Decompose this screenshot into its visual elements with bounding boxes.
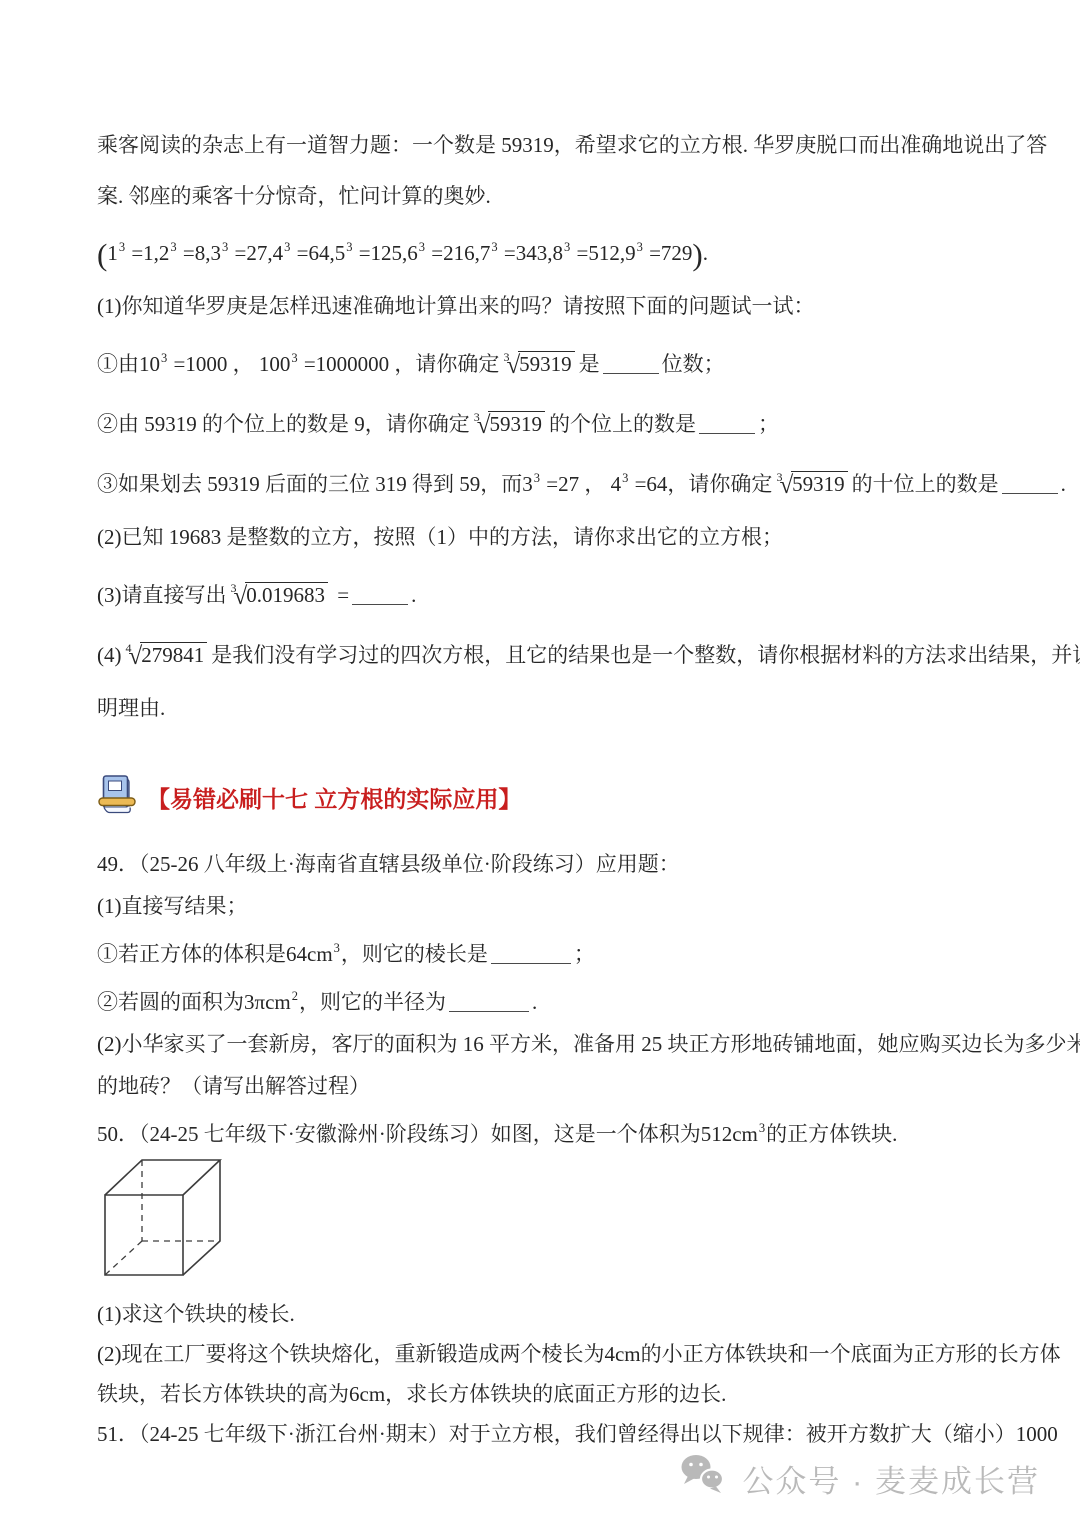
text-run: =1000 ， 100 (168, 352, 290, 376)
p49-q1-item1: ①若正方体的体积是64cm3，则它的棱长是； (97, 933, 990, 969)
radicand: 59319 (791, 471, 848, 496)
exponent: 3 (284, 240, 290, 254)
text-run: 明理由. (97, 696, 165, 720)
p49-q2-line-2: 的地砖？（请写出解答过程） (97, 1071, 990, 1101)
p50-q2-line-2: 铁块，若长方体铁块的高为6cm，求长方体铁块的底面正方形的边长. (97, 1379, 990, 1409)
text-run: 的地砖？（请写出解答过程） (97, 1074, 370, 1098)
radicand: 279841 (140, 642, 207, 667)
text-run: =27,4 (229, 241, 283, 265)
problem-49-block: 49．（25-26 八年级上·海南省直辖县级单位·阶段练习）应用题：(1)直接写… (97, 849, 990, 1101)
wechat-icon (678, 1453, 728, 1503)
p48-q4-line-1: (4)4√279841是我们没有学习过的四次方根，且它的结果也是一个整数，请你根… (97, 633, 990, 672)
big-paren: ) (692, 237, 702, 272)
text-run: 位数； (662, 352, 725, 376)
text-run: = (332, 583, 349, 607)
cube-figure (97, 1153, 257, 1287)
text-run: =512,9 (571, 241, 635, 265)
text-run: . (532, 990, 537, 1014)
p48-q1-step3: ③如果划去 59319 后面的三位 319 得到 59，而33 =27 ， 43… (97, 462, 990, 501)
text-run: 乘客阅读的杂志上有一道智力题：一个数是 59319，希望求它的立方根. 华罗庚脱… (97, 133, 1047, 157)
answer-blank (352, 586, 408, 605)
text-run: (2)已知 19683 是整数的立方，按照（1）中的方法，请你求出它的立方根； (97, 525, 783, 549)
text-run: =125,6 (353, 241, 417, 265)
exponent: 3 (291, 351, 297, 365)
p48-q3: (3)请直接写出3√0.019683 =. (97, 573, 990, 612)
text-run: ，则它的半径为 (299, 990, 446, 1014)
exponent: 3 (534, 471, 540, 485)
exponent: 3 (637, 240, 643, 254)
radical-expression: 3√59319 (776, 462, 847, 501)
text-run: (2)小华家买了一套新房，客厅的面积为 16 平方米，准备用 25 块正方形地砖… (97, 1032, 1080, 1056)
p51-head: 51．（24-25 七年级下·浙江台州·期末）对于立方根，我们曾经得出以下规律：… (97, 1419, 990, 1449)
text-run: =1,2 (126, 241, 169, 265)
exponent: 3 (564, 240, 570, 254)
exponent: 3 (222, 240, 228, 254)
p49-q1-item2: ②若圆的面积为3πcm2，则它的半径为. (97, 981, 990, 1017)
answer-blank (1002, 475, 1058, 494)
p48-intro-line-2: 案. 邻座的乘客十分惊奇，忙问计算的奥妙. (97, 181, 990, 211)
exponent: 3 (419, 240, 425, 254)
text-run: ③如果划去 59319 后面的三位 319 得到 59，而3 (97, 472, 533, 496)
problem-50-body-block: (1)求这个铁块的棱长.(2)现在工厂要将这个铁块熔化，重新锻造成两个棱长为4c… (97, 1299, 990, 1409)
exponent: 3 (119, 240, 125, 254)
problem-50-head-block: 50．（24-25 七年级下·安徽滁州·阶段练习）如图，这是一个体积为512cm… (97, 1113, 990, 1149)
exponent: 3 (346, 240, 352, 254)
p48-q1-step1: ①由103 =1000 ， 1003 =1000000 ，请你确定3√59319… (97, 342, 990, 381)
text-run: (1)你知道华罗庚是怎样迅速准确地计算出来的吗？请按照下面的问题试一试： (97, 294, 814, 318)
text-run: =27 ， 4 (541, 472, 621, 496)
book-icon (97, 773, 137, 821)
text-run: 是 (579, 352, 600, 376)
p48-q1: (1)你知道华罗庚是怎样迅速准确地计算出来的吗？请按照下面的问题试一试： (97, 291, 990, 321)
text-run: . (411, 583, 416, 607)
p48-q2: (2)已知 19683 是整数的立方，按照（1）中的方法，请你求出它的立方根； (97, 522, 990, 552)
text-run: 是我们没有学习过的四次方根，且它的结果也是一个整数，请你根据材料的方法求出结果，… (211, 643, 1080, 667)
text-run: (3)请直接写出 (97, 583, 227, 607)
text-run: 50．（24-25 七年级下·安徽滁州·阶段练习）如图，这是一个体积为512cm (97, 1122, 758, 1146)
p48-q4-line-2: 明理由. (97, 693, 990, 723)
topic-header: 【易错必刷十七 立方根的实际应用】 (97, 773, 990, 821)
text-run: =64,5 (291, 241, 345, 265)
radicand: 59319 (518, 351, 575, 376)
text-run: ①若正方体的体积是64cm (97, 942, 333, 966)
radical-expression: 3√59319 (503, 342, 574, 381)
answer-blank (491, 945, 571, 964)
text-run: 的个位上的数是 (549, 412, 696, 436)
text-run: ②若圆的面积为3πcm (97, 990, 291, 1014)
text-run: =1000000 ，请你确定 (299, 352, 500, 376)
p48-q1-step2: ②由 59319 的个位上的数是 9，请你确定3√59319的个位上的数是； (97, 402, 990, 441)
answer-blank (449, 993, 529, 1012)
text-run: =64，请你确定 (629, 472, 772, 496)
text-run: ； (758, 412, 779, 436)
exponent: 3 (161, 351, 167, 365)
answer-blank (699, 415, 755, 434)
exponent: 3 (622, 471, 628, 485)
exponent: 3 (170, 240, 176, 254)
topic-title: 【易错必刷十七 立方根的实际应用】 (147, 781, 521, 814)
p49-q2-line-1: (2)小华家买了一套新房，客厅的面积为 16 平方米，准备用 25 块正方形地砖… (97, 1029, 990, 1059)
worksheet-content: 乘客阅读的杂志上有一道智力题：一个数是 59319，希望求它的立方根. 华罗庚脱… (0, 0, 1080, 1449)
text-run: 1 (107, 241, 118, 265)
p50-head: 50．（24-25 七年级下·安徽滁州·阶段练习）如图，这是一个体积为512cm… (97, 1113, 990, 1149)
p49-q1: (1)直接写结果； (97, 891, 990, 921)
text-run: (4) (97, 643, 122, 667)
exponent: 3 (759, 1121, 765, 1135)
exponent: 3 (334, 941, 340, 955)
text-run: =343,8 (499, 241, 563, 265)
footer-text: 公众号 · 麦麦成长营 (742, 1456, 1040, 1501)
text-run: 的正方体铁块. (766, 1122, 897, 1146)
p48-intro-line-1: 乘客阅读的杂志上有一道智力题：一个数是 59319，希望求它的立方根. 华罗庚脱… (97, 130, 990, 160)
p49-head: 49．（25-26 八年级上·海南省直辖县级单位·阶段练习）应用题： (97, 849, 990, 879)
problem-51-block: 51．（24-25 七年级下·浙江台州·期末）对于立方根，我们曾经得出以下规律：… (97, 1419, 990, 1449)
p50-q2-line-1: (2)现在工厂要将这个铁块熔化，重新锻造成两个棱长为4cm的小正方体铁块和一个底… (97, 1339, 990, 1369)
problem-48-block: 乘客阅读的杂志上有一道智力题：一个数是 59319，希望求它的立方根. 华罗庚脱… (97, 130, 990, 723)
text-run: ； (574, 942, 595, 966)
text-run: (1)直接写结果； (97, 894, 248, 918)
text-run: (2)现在工厂要将这个铁块熔化，重新锻造成两个棱长为4cm的小正方体铁块和一个底… (97, 1342, 1061, 1366)
text-run: 案. 邻座的乘客十分惊奇，忙问计算的奥妙. (97, 184, 491, 208)
text-run: =8,3 (178, 241, 221, 265)
text-run: 49．（25-26 八年级上·海南省直辖县级单位·阶段练习）应用题： (97, 852, 680, 876)
radical-expression: 3√59319 (474, 402, 545, 441)
answer-blank (603, 355, 659, 374)
radicand: 0.019683 (245, 582, 328, 607)
text-run: 的十位上的数是 (852, 472, 999, 496)
footer-watermark: 公众号 · 麦麦成长营 (678, 1453, 1040, 1503)
text-run: (1)求这个铁块的棱长. (97, 1302, 295, 1326)
big-paren: ( (97, 237, 107, 272)
text-run: =216,7 (426, 241, 490, 265)
exponent: 2 (292, 989, 298, 1003)
text-run: =729 (644, 241, 693, 265)
text-run: . (1061, 472, 1066, 496)
text-run: ，则它的棱长是 (341, 942, 488, 966)
text-run: ②由 59319 的个位上的数是 9，请你确定 (97, 412, 470, 436)
p50-q1: (1)求这个铁块的棱长. (97, 1299, 990, 1329)
radicand: 59319 (488, 411, 545, 436)
text-run: . (703, 241, 708, 265)
text-run: 铁块，若长方体铁块的高为6cm，求长方体铁块的底面正方形的边长. (97, 1382, 726, 1406)
radical-expression: 4√279841 (126, 633, 208, 672)
text-run: ①由10 (97, 352, 160, 376)
radical-expression: 3√0.019683 (231, 573, 328, 612)
exponent: 3 (491, 240, 497, 254)
text-run: 51．（24-25 七年级下·浙江台州·期末）对于立方根，我们曾经得出以下规律：… (97, 1422, 1058, 1446)
p48-cubes-formula: (13 =1,23 =8,33 =27,43 =64,53 =125,63 =2… (97, 232, 990, 270)
